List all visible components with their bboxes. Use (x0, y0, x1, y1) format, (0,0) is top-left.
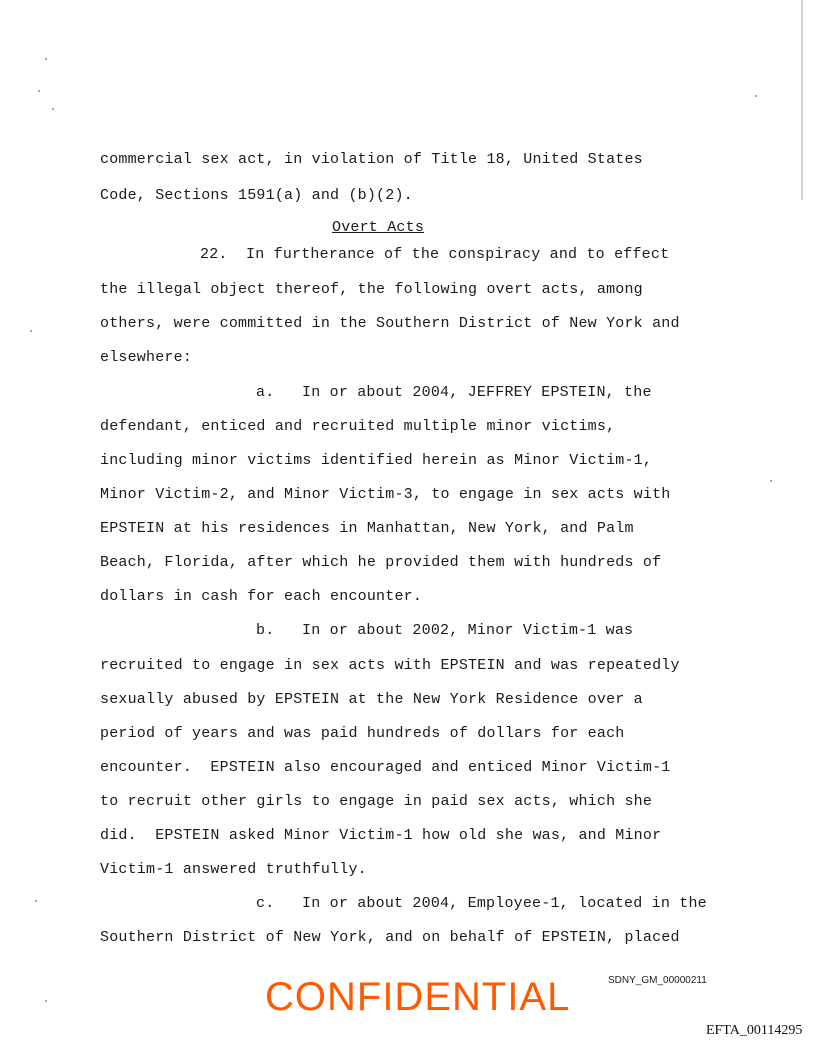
scan-speck (770, 480, 772, 482)
scan-speck (45, 58, 47, 60)
subparagraph-line: b. In or about 2002, Minor Victim-1 was (256, 622, 633, 639)
confidential-watermark: CONFIDENTIAL (265, 975, 570, 1020)
body-line: Code, Sections 1591(a) and (b)(2). (100, 187, 413, 204)
body-line: EPSTEIN at his residences in Manhattan, … (100, 520, 634, 537)
body-line: including minor victims identified herei… (100, 452, 652, 469)
body-line: commercial sex act, in violation of Titl… (100, 151, 643, 168)
section-heading: Overt Acts (332, 219, 424, 236)
body-line: Victim-1 answered truthfully. (100, 861, 367, 878)
body-line: period of years and was paid hundreds of… (100, 725, 624, 742)
scan-edge-artifact (801, 0, 803, 200)
subparagraph-line: c. In or about 2004, Employee-1, located… (256, 895, 707, 912)
paragraph-line: 22. In furtherance of the conspiracy and… (200, 246, 669, 263)
scan-speck (38, 90, 40, 92)
bates-number: SDNY_GM_00000211 (608, 975, 707, 986)
subparagraph-line: a. In or about 2004, JEFFREY EPSTEIN, th… (256, 384, 652, 401)
body-line: the illegal object thereof, the followin… (100, 281, 643, 298)
body-line: defendant, enticed and recruited multipl… (100, 418, 615, 435)
scan-speck (45, 1000, 47, 1002)
body-line: recruited to engage in sex acts with EPS… (100, 657, 680, 674)
scan-speck (52, 108, 54, 110)
body-line: Southern District of New York, and on be… (100, 929, 680, 946)
body-line: dollars in cash for each encounter. (100, 588, 422, 605)
body-line: did. EPSTEIN asked Minor Victim-1 how ol… (100, 827, 661, 844)
body-line: to recruit other girls to engage in paid… (100, 793, 652, 810)
body-line: elsewhere: (100, 349, 192, 366)
efta-number: EFTA_00114295 (706, 1023, 802, 1039)
body-line: others, were committed in the Southern D… (100, 315, 680, 332)
document-page: commercial sex act, in violation of Titl… (0, 0, 817, 1056)
body-line: sexually abused by EPSTEIN at the New Yo… (100, 691, 643, 708)
scan-speck (30, 330, 32, 332)
scan-speck (35, 900, 37, 902)
scan-speck (755, 95, 757, 97)
body-line: Beach, Florida, after which he provided … (100, 554, 661, 571)
body-line: Minor Victim-2, and Minor Victim-3, to e… (100, 486, 671, 503)
body-line: encounter. EPSTEIN also encouraged and e… (100, 759, 671, 776)
